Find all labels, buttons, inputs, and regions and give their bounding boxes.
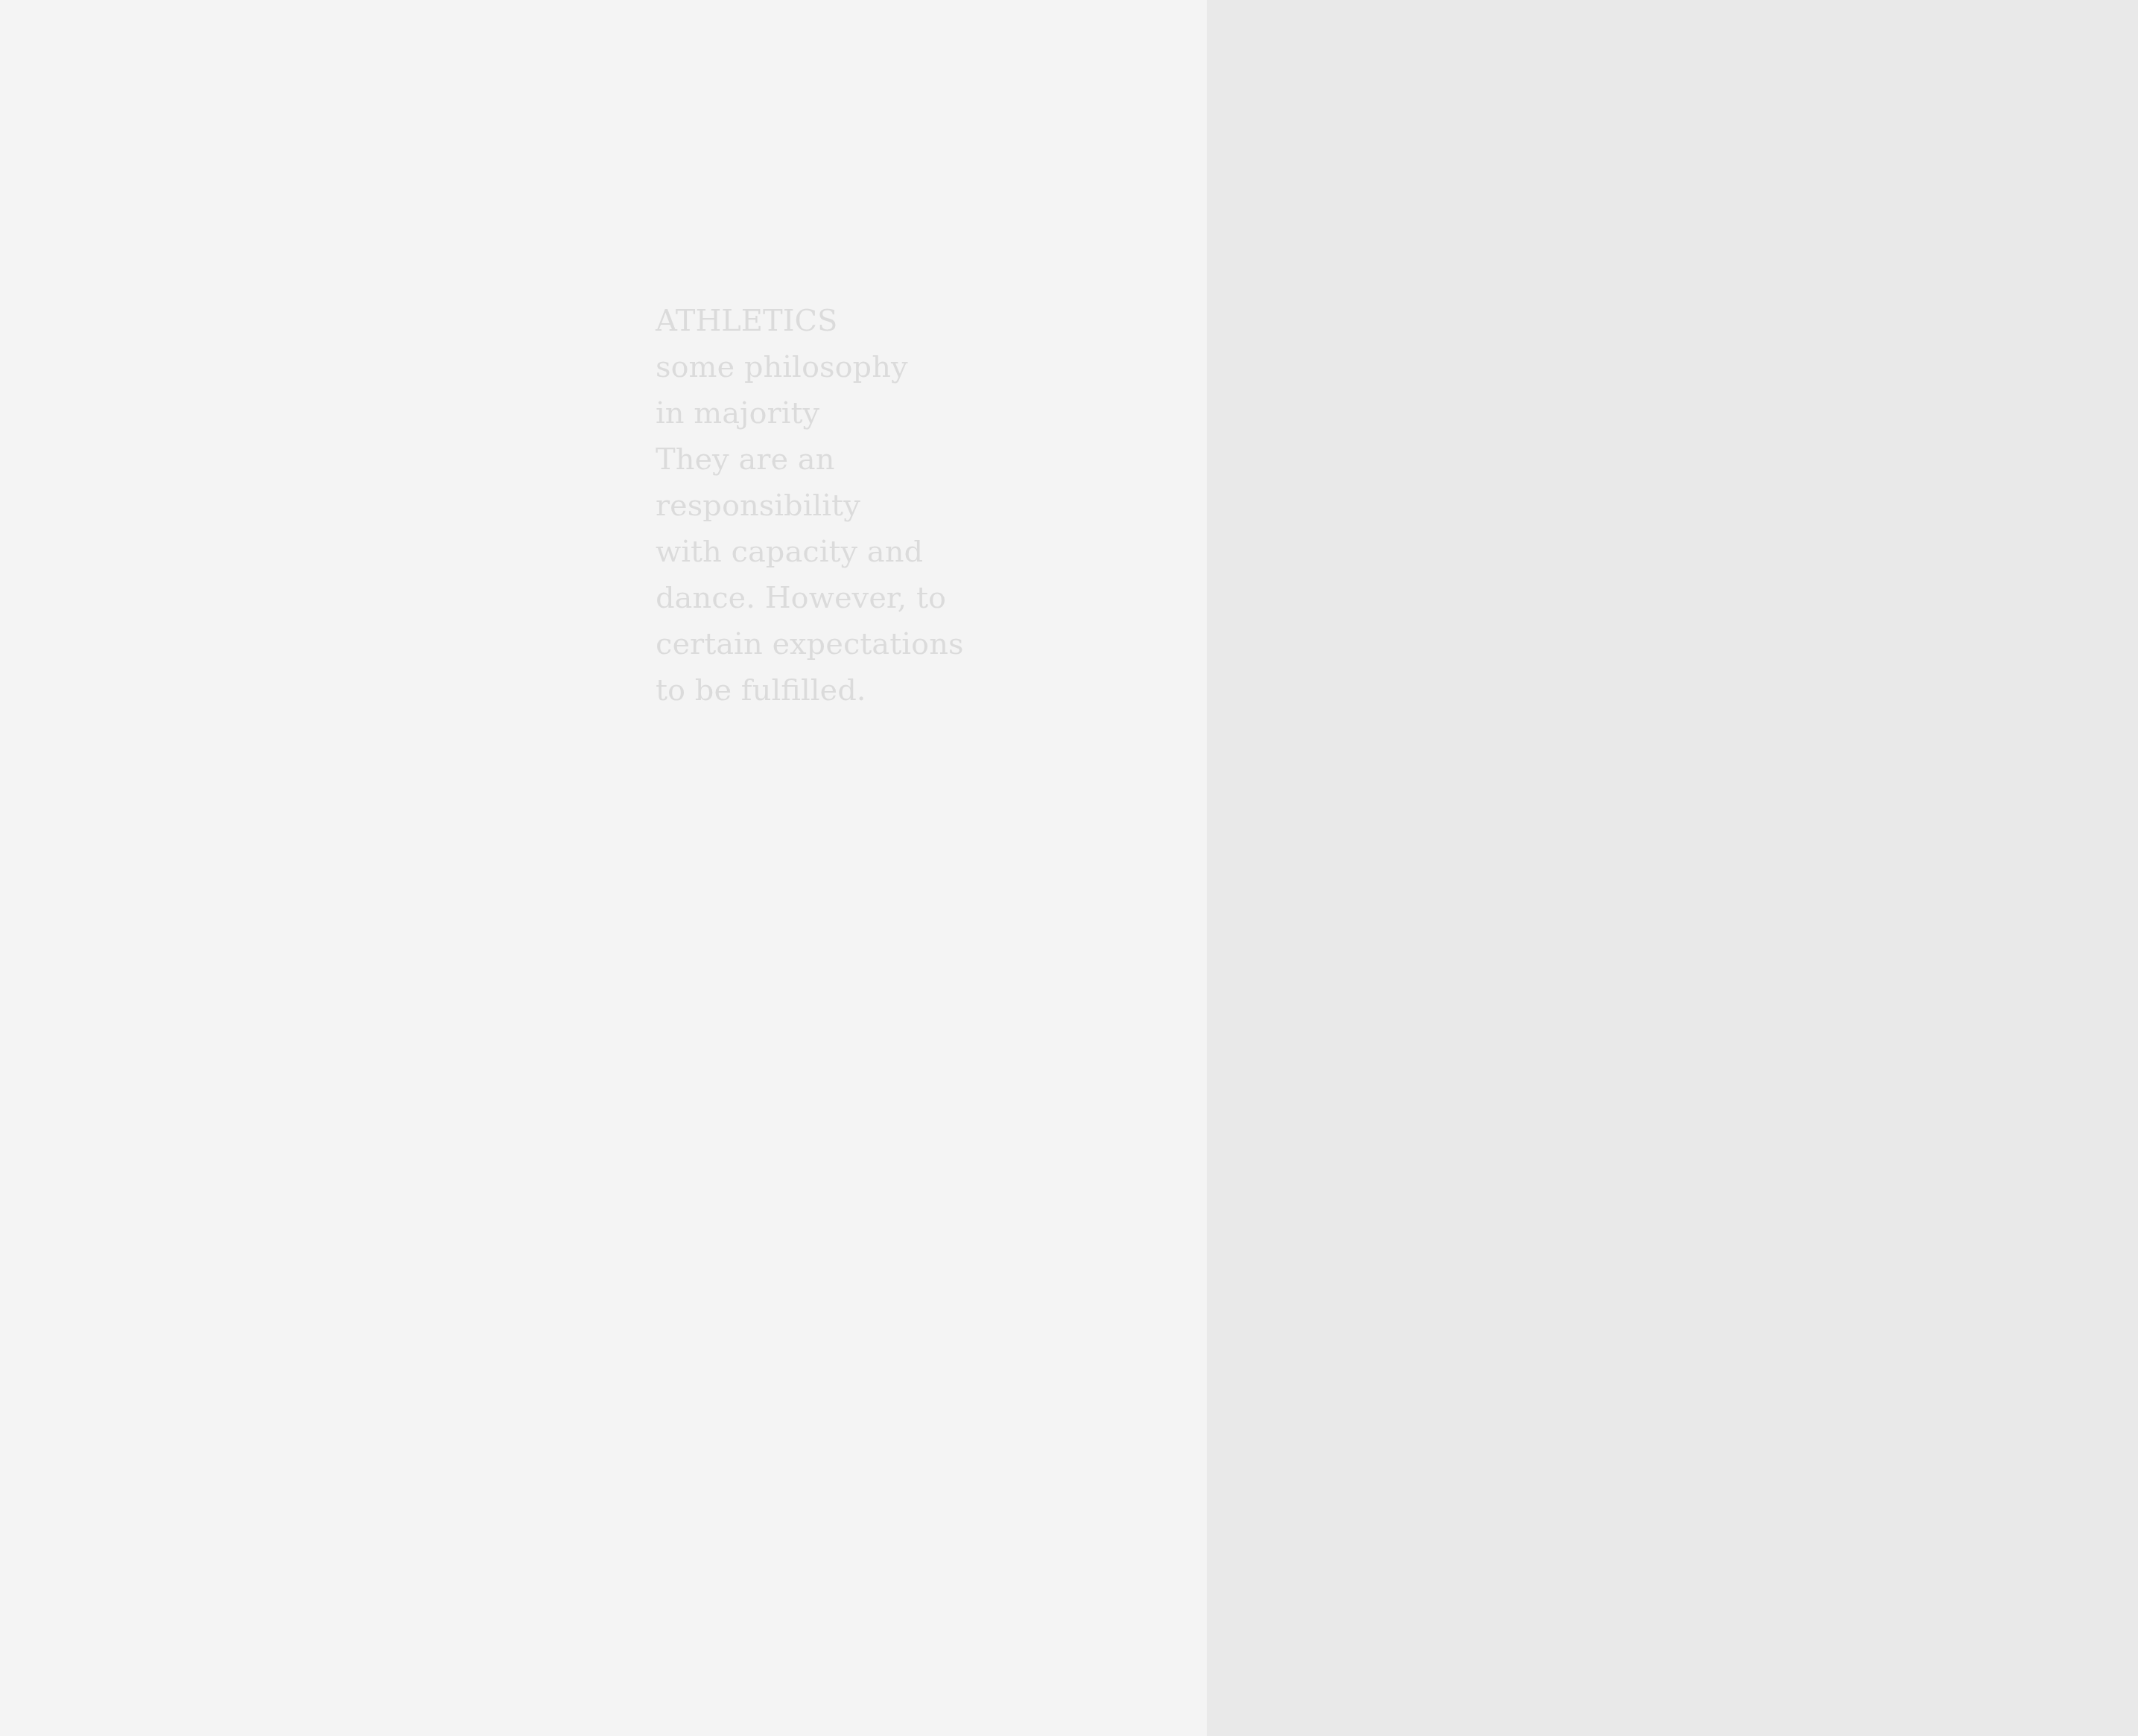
- bleed-through-text: ATHLETICS some philosophy in majority Th…: [656, 298, 1177, 713]
- right-alley-photo: [1207, 0, 2138, 1736]
- left-alley-photo: [0, 0, 1207, 1736]
- scanned-photo-spread: ATHLETICS some philosophy in majority Th…: [0, 0, 2138, 1736]
